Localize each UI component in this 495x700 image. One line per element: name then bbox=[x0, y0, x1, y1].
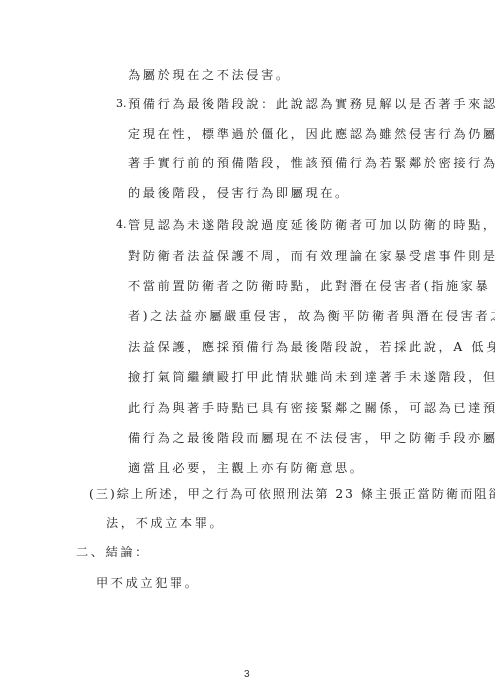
paragraph-line: 不當前置防衛者之防衛時點，此對潛在侵害者(指施家暴 bbox=[128, 278, 490, 294]
paragraph-line: 著手實行前的預備階段，惟該預備行為若緊鄰於密接行為 bbox=[128, 155, 495, 171]
paragraph-line: 法，不成立本罪。 bbox=[106, 515, 224, 531]
paragraph-line: 撿打氣筒繼續毆打甲此情狀雖尚未到達著手未遂階段，但 bbox=[128, 369, 495, 385]
section-heading: 二、結論： bbox=[76, 544, 150, 560]
paragraph-line: 適當且必要，主觀上亦有防衛意思。 bbox=[128, 460, 365, 476]
paragraph-line: 備行為之最後階段而屬現在不法侵害，甲之防衛手段亦屬 bbox=[128, 430, 495, 446]
paragraph-line: 為屬於現在之不法侵害。 bbox=[128, 67, 291, 83]
item-number: 4. bbox=[116, 218, 127, 231]
page-number: 3 bbox=[244, 669, 250, 680]
paragraph-line: 法益保護，應採預備行為最後階段說，若採此說，A 低身想 bbox=[128, 339, 495, 355]
paragraph-line: 預備行為最後階段說：此說認為實務見解以是否著手來認 bbox=[128, 96, 495, 112]
paragraph-line: 的最後階段，侵害行為即屬現在。 bbox=[128, 185, 350, 201]
paragraph-line: 者)之法益亦屬嚴重侵害，故為衡平防衛者與潛在侵害者之 bbox=[128, 308, 495, 324]
document-page: 為屬於現在之不法侵害。 3. 預備行為最後階段說：此說認為實務見解以是否著手來認… bbox=[0, 0, 495, 700]
conclusion-text: 甲不成立犯罪。 bbox=[96, 575, 200, 591]
paragraph-line: 定現在性，標準過於僵化，因此應認為雖然侵害行為仍屬 bbox=[128, 126, 495, 142]
section-conclusion-paragraph: (三)綜上所述，甲之行為可依照刑法第 23 條主張正當防衛而阻卻違 bbox=[89, 486, 495, 502]
item-number: 3. bbox=[116, 97, 127, 110]
paragraph-line: 管見認為未遂階段說過度延後防衛者可加以防衛的時點， bbox=[128, 217, 495, 233]
paragraph-line: 對防衛者法益保護不周，而有效理論在家暴受虐事件則是 bbox=[128, 248, 495, 264]
paragraph-line: 此行為與著手時點已具有密接緊鄰之關係，可認為已達預 bbox=[128, 400, 495, 416]
